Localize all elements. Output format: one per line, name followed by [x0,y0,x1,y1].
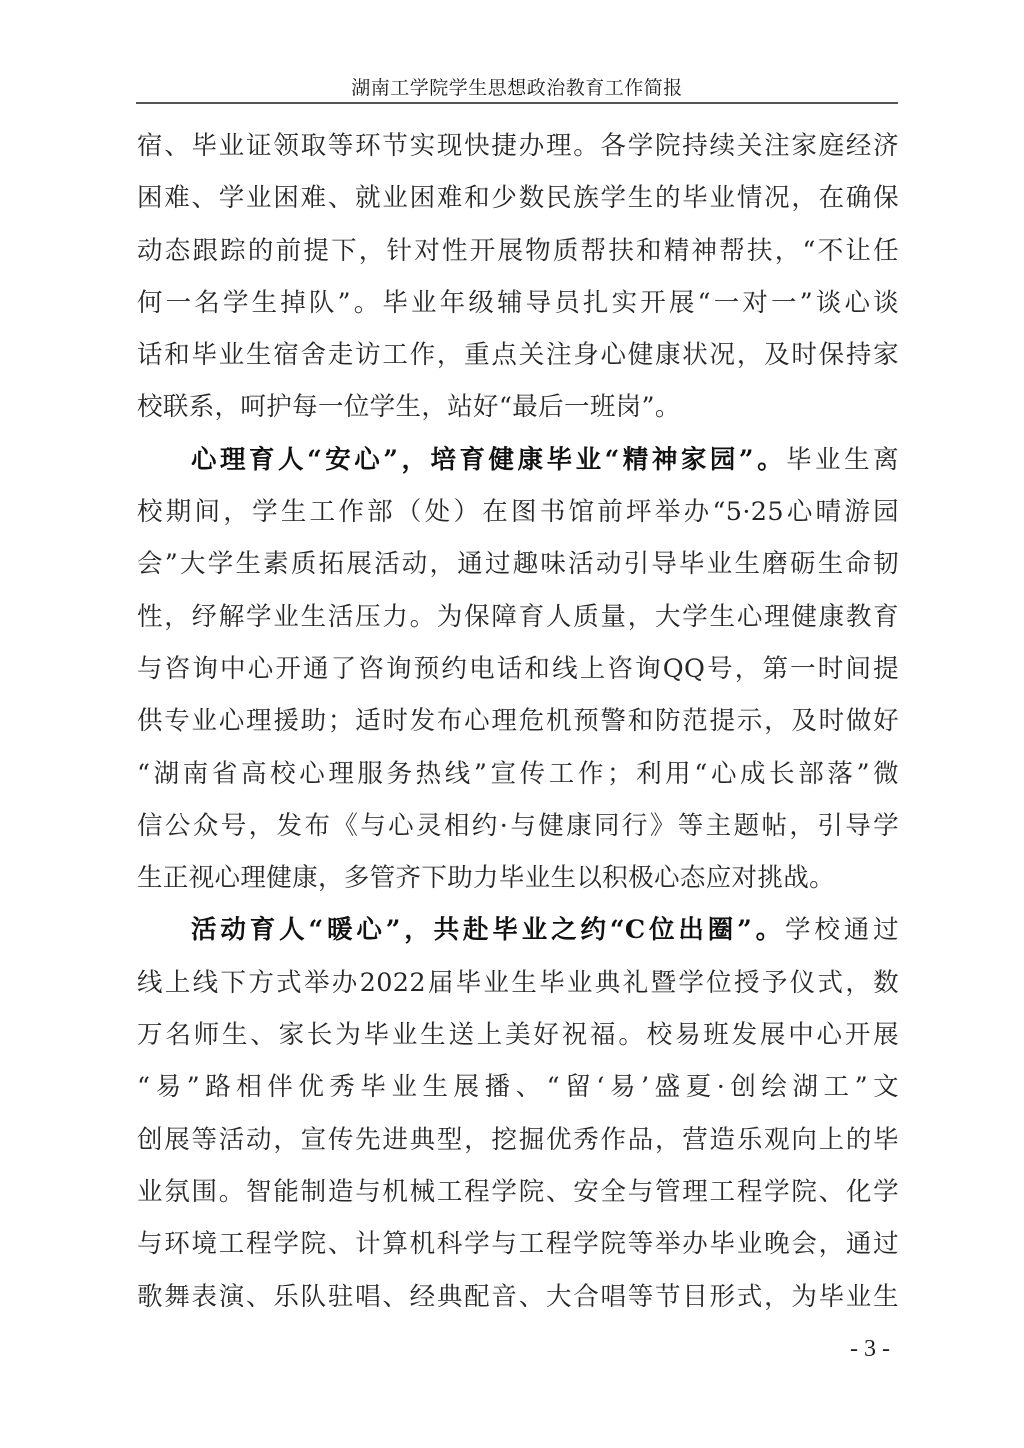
text-line: 与咨询中心开通了咨询预约电话和线上咨询QQ号，第一时间提 [137,649,899,701]
paragraph-activity-education: 活动育人“暖心”，共赴毕业之约“C位出圈”。学校通过 线上线下方式举办2022届… [137,910,899,1328]
text-line: 会”大学生素质拓展活动，通过趣味活动引导毕业生磨砺生命韧 [137,544,899,596]
page-number: - 3 - [850,1336,910,1363]
text-line: 动态跟踪的前提下，针对性开展物质帮扶和精神帮扶，“不让任 [137,231,899,283]
text-line: 线上线下方式举办2022届毕业生毕业典礼暨学位授予仪式，数 [137,963,899,1015]
paragraph-psychological-education: 心理育人“安心”，培育健康毕业“精神家园”。毕业生离 校期间，学生工作部（处）在… [137,440,899,911]
text-segment: 学校通过 [785,915,899,945]
text-line: 性，纾解学业生活压力。为保障育人质量，大学生心理健康教育 [137,597,899,649]
text-line: 活动育人“暖心”，共赴毕业之约“C位出圈”。学校通过 [137,910,899,962]
text-line: 与环境工程学院、计算机科学与工程学院等举办毕业晚会，通过 [137,1224,899,1276]
text-line: 万名师生、家长为毕业生送上美好祝福。校易班发展中心开展 [137,1015,899,1067]
document-body: 宿、毕业证领取等环节实现快捷办理。各学院持续关注家庭经济 困难、学业困难、就业困… [137,126,899,1329]
text-line: 生正视心理健康，多管齐下助力毕业生以积极心态应对挑战。 [137,858,899,910]
paragraph-graduation-support: 宿、毕业证领取等环节实现快捷办理。各学院持续关注家庭经济 困难、学业困难、就业困… [137,126,899,440]
section-heading: 活动育人“暖心”，共赴毕业之约“C位出圈”。 [191,915,785,945]
text-line: “易”路相伴优秀毕业生展播、“留‘易’盛夏·创绘湖工”文 [137,1067,899,1119]
text-line: 话和毕业生宿舍走访工作，重点关注身心健康状况，及时保持家 [137,335,899,387]
text-line: “湖南省高校心理服务热线”宣传工作；利用“心成长部落”微 [137,754,899,806]
section-heading: 心理育人“安心”，培育健康毕业“精神家园”。 [191,445,786,475]
text-line: 校联系，呵护每一位学生，站好“最后一班岗”。 [137,387,899,439]
text-line: 创展等活动，宣传先进典型，挖掘优秀作品，营造乐观向上的毕 [137,1120,899,1172]
text-line: 歌舞表演、乐队驻唱、经典配音、大合唱等节目形式，为毕业生 [137,1277,899,1329]
text-line: 何一名学生掉队”。毕业年级辅导员扎实开展“一对一”谈心谈 [137,283,899,335]
header-divider [136,102,898,104]
text-line: 宿、毕业证领取等环节实现快捷办理。各学院持续关注家庭经济 [137,126,899,178]
document-header-title: 湖南工学院学生思想政治教育工作简报 [137,72,897,104]
text-line: 业氛围。智能制造与机械工程学院、安全与管理工程学院、化学 [137,1172,899,1224]
text-segment: 毕业生离 [786,445,899,475]
text-line: 困难、学业困难、就业困难和少数民族学生的毕业情况，在确保 [137,178,899,230]
text-line: 校期间，学生工作部（处）在图书馆前坪举办“5·25心晴游园 [137,492,899,544]
text-line: 信公众号，发布《与心灵相约·与健康同行》等主题帖，引导学 [137,806,899,858]
text-line: 心理育人“安心”，培育健康毕业“精神家园”。毕业生离 [137,440,899,492]
text-line: 供专业心理援助；适时发布心理危机预警和防范提示，及时做好 [137,701,899,753]
